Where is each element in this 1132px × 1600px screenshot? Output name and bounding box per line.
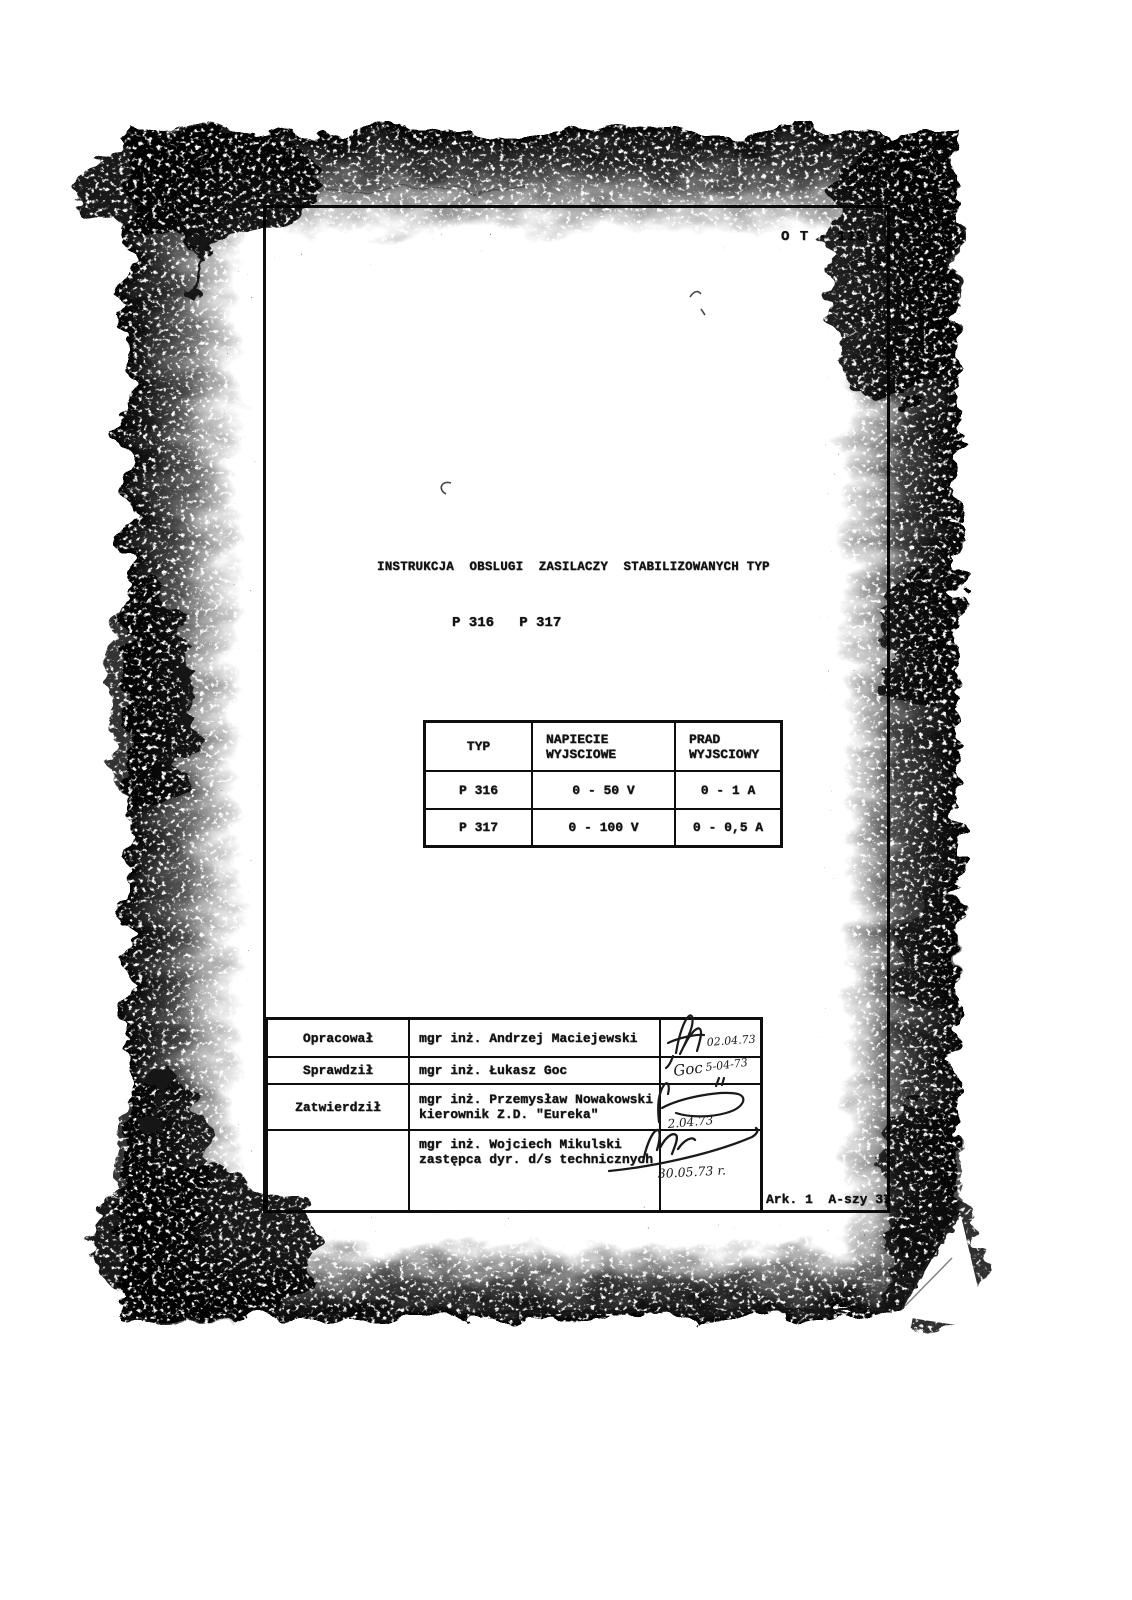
- approval-role: Zatwierdził: [268, 1085, 410, 1129]
- doc-number: O T - 119: [781, 229, 866, 245]
- spec-cell: 0 - 1 A: [676, 772, 780, 810]
- sheet-label: Ark. 1 A-szy 37: [766, 1192, 892, 1207]
- staple-mark: [184, 236, 208, 300]
- spec-header-current: PRAD WYJSCIOWY: [676, 723, 780, 772]
- page-bottom-edge: [480, 1194, 988, 1330]
- approval-signature-cell: [661, 1131, 760, 1210]
- table-row: Opracował mgr inż. Andrzej Maciejewski: [268, 1020, 760, 1058]
- approval-role: Opracował: [268, 1020, 410, 1056]
- approval-signature-cell: [661, 1020, 760, 1056]
- approval-signature-cell: [661, 1085, 760, 1129]
- type-designations: P 316 P 317: [452, 615, 561, 631]
- staple-mark: [175, 668, 195, 725]
- staple-mark: [138, 1066, 176, 1133]
- page-title: INSTRUKCJA OBSLUGI ZASILACZY STABILIZOWA…: [377, 560, 770, 574]
- approval-person: mgr inż. Przemysław Nowakowski kierownik…: [410, 1085, 661, 1129]
- spec-cell: 0 - 100 V: [533, 810, 676, 845]
- spec-cell: 0 - 50 V: [533, 772, 676, 810]
- approval-table: Opracował mgr inż. Andrzej Maciejewski S…: [265, 1017, 763, 1213]
- page-curl: [898, 1212, 988, 1330]
- paper-specks: [165, 1205, 935, 1310]
- spec-header-voltage: NAPIECIE WYJSCIOWE: [533, 723, 676, 772]
- approval-role: [268, 1131, 410, 1210]
- spec-cell: P 316: [426, 772, 533, 810]
- spec-cell: P 317: [426, 810, 533, 845]
- scanned-document-page: O T - 119 INSTRUKCJA OBSLUGI ZASILACZY S…: [0, 0, 1132, 1600]
- table-row: mgr inż. Wojciech Mikulski zastępca dyr.…: [268, 1131, 760, 1210]
- approval-signature-cell: [661, 1058, 760, 1083]
- approval-role: Sprawdził: [268, 1058, 410, 1083]
- table-row: Sprawdził mgr inż. Łukasz Goc: [268, 1058, 760, 1085]
- spec-header-typ: TYP: [426, 723, 533, 772]
- paper-specks: [150, 210, 265, 1300]
- table-row: Zatwierdził mgr inż. Przemysław Nowakows…: [268, 1085, 760, 1131]
- spec-table: TYP NAPIECIE WYJSCIOWE PRAD WYJSCIOWY P …: [423, 720, 783, 848]
- spec-cell: 0 - 0,5 A: [676, 810, 780, 845]
- approval-person: mgr inż. Łukasz Goc: [410, 1058, 661, 1083]
- approval-person: mgr inż. Andrzej Maciejewski: [410, 1020, 661, 1056]
- approval-person: mgr inż. Wojciech Mikulski zastępca dyr.…: [410, 1131, 661, 1210]
